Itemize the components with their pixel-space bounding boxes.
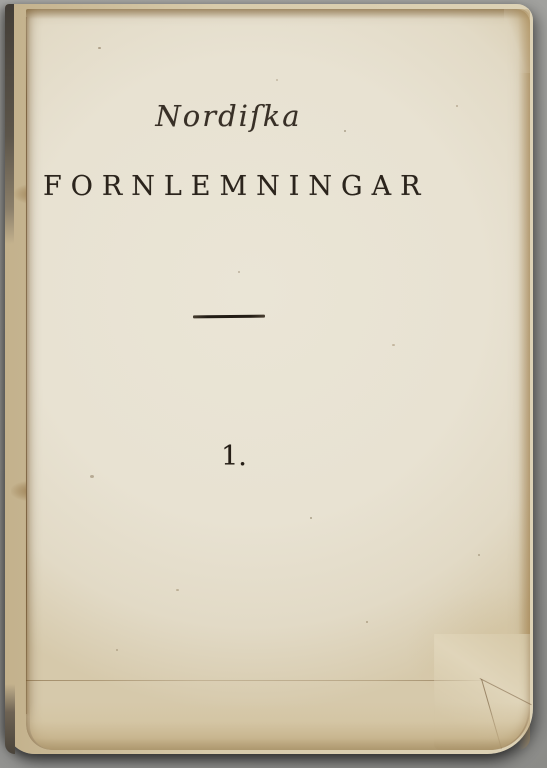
photo-background: Nordiſka FORNLEMNINGAR 1. — [0, 0, 547, 768]
series-title: Nordiſka — [121, 99, 336, 133]
part-number: 1. — [208, 441, 260, 472]
main-title: FORNLEMNINGAR — [34, 171, 422, 202]
title-page-leaf: Nordiſka FORNLEMNINGAR 1. — [26, 9, 530, 750]
divider-rule — [193, 315, 265, 319]
printed-content: Nordiſka FORNLEMNINGAR 1. — [26, 9, 530, 750]
cover-edge-shadow-top — [5, 4, 14, 244]
book: Nordiſka FORNLEMNINGAR 1. — [5, 4, 533, 754]
cover-edge-shadow-bottom — [5, 684, 15, 754]
